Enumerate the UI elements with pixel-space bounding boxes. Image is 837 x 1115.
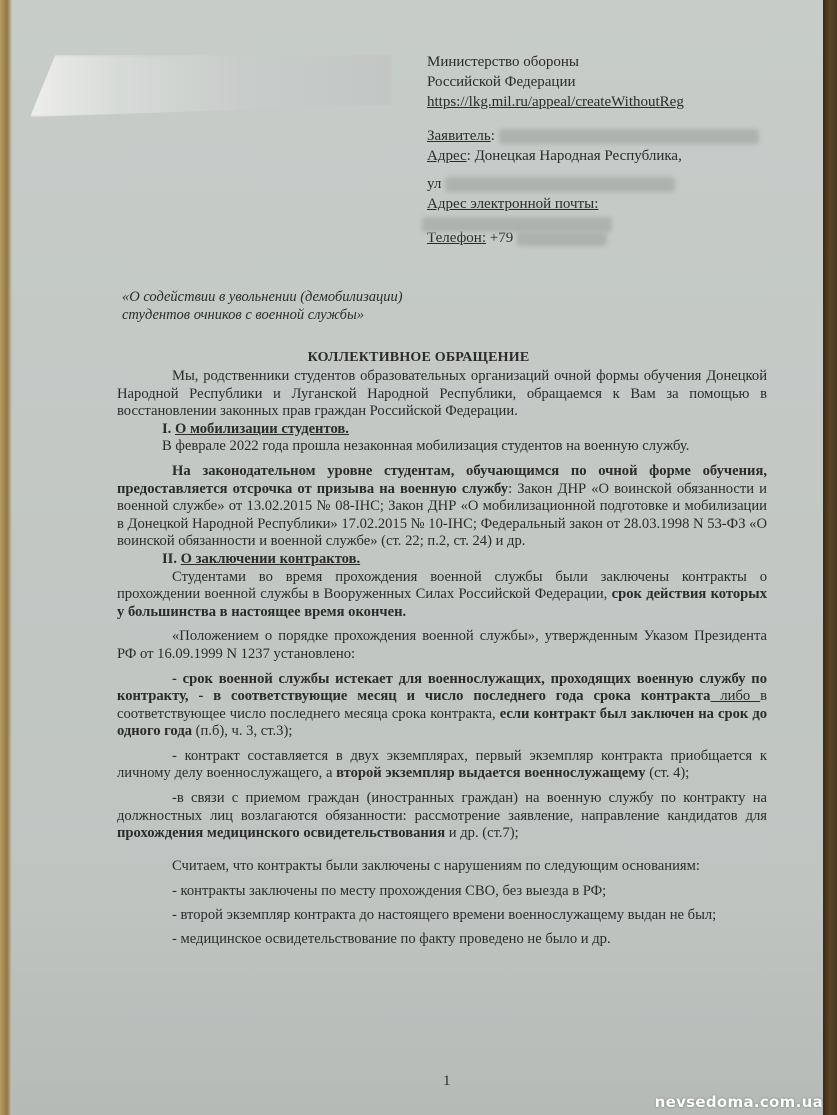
table-edge-left: [0, 0, 12, 1115]
redacted-phone: [517, 231, 607, 246]
redacted-applicant-name: [499, 129, 759, 144]
section-1-heading: I. О мобилизации студентов.: [117, 421, 767, 439]
regulation-item-3: -в связи с приемом граждан (иностранных …: [117, 790, 767, 843]
section-2-paragraph-1: Студентами во время прохождения военной …: [117, 569, 767, 622]
section-2-paragraph-2: «Положением о порядке прохождения военно…: [117, 628, 767, 663]
redacted-street: [445, 177, 675, 192]
applicant-label: Заявитель: [427, 128, 491, 144]
recipient-line-1: Министерство обороны: [427, 52, 807, 72]
address-label: Адрес: [427, 148, 467, 164]
phone-value: +79: [490, 230, 513, 246]
recipient-line-2: Российской Федерации: [427, 72, 807, 92]
appeal-url-link[interactable]: https://lkg.mil.ru/appeal/createWithoutR…: [427, 92, 807, 112]
street-prefix: ул: [427, 176, 441, 192]
intro-paragraph: Мы, родственники студентов образовательн…: [117, 368, 767, 421]
section-1-paragraph-1: В феврале 2022 года прошла незаконная мо…: [117, 438, 767, 456]
street-field: ул: [427, 174, 807, 194]
address-field: Адрес: Донецкая Народная Республика,: [427, 146, 807, 166]
email-label: Адрес электронной почты:: [427, 196, 598, 212]
watermark: nevsedoma.com.ua: [655, 1093, 823, 1111]
conclusion-paragraph: Считаем, что контракты были заключены с …: [117, 855, 767, 877]
section-2-heading: II. О заключении контрактов.: [117, 551, 767, 569]
email-field: Адрес электронной почты:: [427, 194, 807, 214]
phone-label: Телефон:: [427, 230, 486, 246]
subject-line: «О содействии в увольнении (демобилизаци…: [122, 288, 542, 324]
document-body: Мы, родственники студентов образовательн…: [117, 368, 767, 950]
subject-line-2: студентов очников с военной службы»: [122, 306, 542, 324]
violation-item: - медицинское освидетельствование по фак…: [117, 928, 767, 950]
table-edge-right: [823, 0, 837, 1115]
document-title: КОЛЛЕКТИВНОЕ ОБРАЩЕНИЕ: [0, 350, 837, 366]
redacted-email: [422, 217, 612, 232]
section-1-paragraph-2: На законодательном уровне студентам, обу…: [117, 463, 767, 551]
subject-line-1: «О содействии в увольнении (демобилизаци…: [122, 288, 542, 306]
violation-item: - второй экземпляр контракта до настояще…: [117, 902, 767, 928]
applicant-field: Заявитель:: [427, 126, 807, 146]
page-number: 1: [443, 1073, 451, 1090]
regulation-item-2: - контракт составляется в двух экземпляр…: [117, 748, 767, 783]
violation-item: - контракты заключены по месту прохожден…: [117, 880, 767, 902]
addressee-block: Министерство обороны Российской Федераци…: [427, 52, 807, 248]
address-value: Донецкая Народная Республика,: [475, 148, 682, 164]
regulation-item-1: - срок военной службы истекает для военн…: [117, 671, 767, 741]
